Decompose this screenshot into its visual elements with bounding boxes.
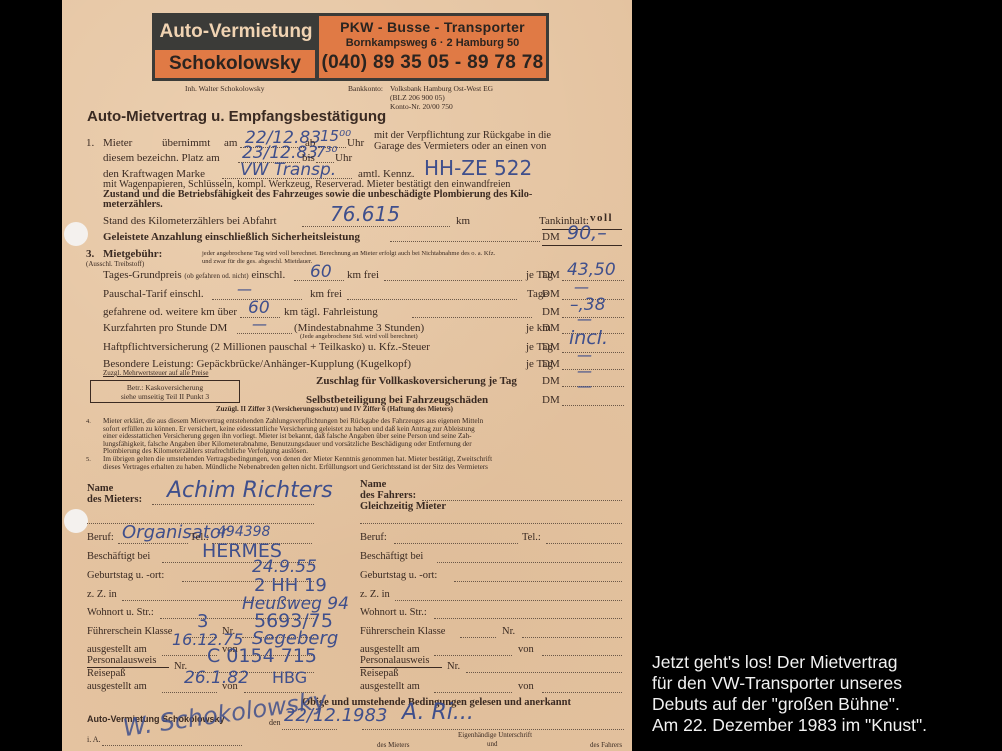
renter-signature: A. Ri... — [402, 700, 474, 725]
driver-license-nr-field[interactable] — [522, 637, 622, 638]
footer-date-field[interactable]: 22/12.1983 — [284, 705, 387, 726]
kasko-surcharge-label: Zuschlag für Vollkaskoversicherung je Ta… — [316, 375, 517, 387]
rate-short-field[interactable]: — — [252, 315, 267, 333]
renter-zz-label: z. Z. in — [87, 589, 117, 600]
rate-daily-km-field[interactable]: 60 — [310, 262, 332, 282]
renter-name-label2: des Mieters: — [87, 494, 142, 505]
signature-caption: Eigenhändige Unterschrift — [458, 731, 532, 739]
rate-flat-km-label: km frei — [310, 288, 342, 300]
driver-issued-by-field[interactable] — [542, 655, 622, 656]
return-obligation-line2: Garage des Vermieters oder an einen von — [374, 141, 546, 152]
signature-und-label: und — [487, 740, 498, 748]
rate-short-currency: DM — [542, 322, 560, 334]
renter-id-issued-by-label: von — [222, 681, 238, 692]
renter-birth-field[interactable]: 24.9.55 — [252, 557, 317, 577]
deductible-value-field[interactable]: — — [577, 377, 592, 395]
label-uhr-2: Uhr — [335, 152, 352, 164]
driver-address-field[interactable] — [434, 618, 622, 619]
driver-name-label1: Name — [360, 479, 386, 490]
rate-extra-km-label: gefahrene od. weitere km über — [103, 306, 237, 318]
bank-name: Volksbank Hamburg Ost-West EG — [390, 84, 493, 93]
rate-extra-km-currency: DM — [542, 306, 560, 318]
kasko-note-line2: siehe umseitig Teil II Punkt 3 — [91, 392, 239, 401]
deposit-currency: DM — [542, 231, 560, 243]
rate-flat-value-field[interactable]: — — [574, 278, 589, 296]
footer-ia: i. A. — [87, 735, 101, 744]
owner-line: Inh. Walter Schokolowsky — [185, 84, 264, 93]
renter-tel-field[interactable]: 494398 — [217, 524, 270, 540]
signature-mieter-label: des Mieters — [377, 741, 409, 749]
odometer-label: Stand des Kilometerzählers bei Abfahrt — [103, 215, 277, 227]
renter-birth-label: Geburtstag u. -ort: — [87, 570, 164, 581]
label-uhr: Uhr — [347, 137, 364, 149]
renter-id-issued-by-field[interactable]: HBG — [272, 668, 307, 687]
rate-daily-currency: DM — [542, 269, 560, 281]
company-services: PKW - Busse - Transporter — [319, 18, 546, 36]
letterhead-logo: Auto-Vermietung Schokolowsky PKW - Busse… — [152, 13, 549, 81]
renter-employer-label: Beschäftigt bei — [87, 551, 150, 562]
driver-id-label1: Personalausweis — [360, 655, 429, 666]
vehicle-make-field[interactable]: VW Transp. — [240, 160, 336, 180]
license-plate-field[interactable]: HH-ZE 522 — [424, 156, 532, 180]
driver-issued-by-label: von — [518, 644, 534, 655]
section1-text-line5: Zustand und die Betriebsfähigkeit des Fa… — [103, 189, 532, 200]
renter-id-nr-field[interactable]: C 0154 715 — [207, 645, 317, 667]
section3-subtitle: (Ausschl. Treibstoff) — [86, 260, 144, 268]
renter-name-field[interactable]: Achim Richters — [167, 478, 333, 503]
driver-tel-label: Tel.: — [522, 532, 541, 543]
return-obligation-line1: mit der Verpflichtung zur Rückgabe in di… — [374, 130, 551, 141]
bank-blz: (BLZ 206 900 05) — [390, 93, 445, 102]
deposit-field[interactable]: 90,– — [567, 222, 607, 244]
renter-id-label2: Reisepaß — [87, 668, 126, 679]
driver-address-label: Wohnort u. Str.: — [360, 607, 427, 618]
vat-note: Zuzgl. Mehrwertsteuer auf alle Preise — [103, 369, 209, 377]
document-title: Auto-Mietvertrag u. Empfangsbestätigung — [87, 108, 386, 125]
driver-issued-date-field[interactable] — [434, 655, 512, 656]
label-am: am — [224, 137, 237, 149]
driver-zz-field[interactable] — [395, 600, 622, 601]
punch-hole-bottom — [64, 509, 88, 533]
company-address: Bornkampsweg 6 · 2 Hamburg 50 — [319, 36, 546, 50]
company-name-line2: Schokolowsky — [155, 50, 315, 78]
driver-id-issued-date-field[interactable] — [434, 692, 512, 693]
kasko-note-line1: Betr.: Kaskoversicherung — [91, 383, 239, 392]
driver-id-nr-label: Nr. — [447, 661, 460, 672]
section1-number: 1. — [86, 137, 94, 149]
driver-id-issued-by-label: von — [518, 681, 534, 692]
rate-daily-km-label: km frei — [347, 269, 379, 281]
renter-id-issued-date-field[interactable]: 26.1.82 — [184, 668, 249, 688]
punch-hole-top — [64, 222, 88, 246]
company-name-line1: Auto-Vermietung — [158, 17, 314, 47]
renter-issued-label: ausgestellt am — [87, 644, 147, 655]
rate-short-value-field[interactable]: — — [577, 310, 592, 328]
driver-id-issued-label: ausgestellt am — [360, 681, 420, 692]
rate-flat-label: Pauschal-Tarif einschl. — [103, 288, 204, 300]
renter-name-label1: Name — [87, 483, 113, 494]
caption-line-1: Jetzt geht's los! Der Mietvertrag — [652, 652, 927, 673]
rate-extra-km-desc: km tägl. Fahrleistung — [284, 306, 378, 318]
company-info-box: PKW - Busse - Transporter Bornkampsweg 6… — [319, 16, 546, 78]
rate-short-label: Kurzfahrten pro Stunde DM — [103, 322, 227, 334]
signature-fahrer-label: des Fahrers — [590, 741, 622, 749]
driver-same-as-renter: Gleichzeitig Mieter — [360, 501, 446, 512]
driver-id-nr-field[interactable] — [466, 672, 622, 673]
rate-short-note: (Jede angebrochene Std. wird voll berech… — [300, 333, 418, 340]
label-mieter: Mieter — [103, 137, 132, 149]
renter-id-issued-label: ausgestellt am — [87, 681, 147, 692]
renter-id-label1: Personalausweis — [87, 655, 156, 666]
deposit-label: Geleistete Anzahlung einschließlich Sich… — [103, 231, 360, 243]
section3-title: Mietgebühr: — [103, 248, 162, 260]
section3-note1: jeder angebrochene Tag wird voll berechn… — [202, 250, 495, 257]
section5-number: 5. — [86, 456, 91, 463]
deductible-currency: DM — [542, 394, 560, 406]
company-phone: (040) 89 35 05 - 89 78 78 — [319, 50, 546, 76]
driver-birth-label: Geburtstag u. -ort: — [360, 570, 437, 581]
kasko-note-box: Betr.: Kaskoversicherung siehe umseitig … — [90, 380, 240, 403]
section5-text: Im übrigen gelten die umstehenden Vertra… — [103, 456, 492, 471]
renter-zz-field[interactable]: 2 HH 19 — [254, 575, 327, 596]
bank-label: Bankkonto: — [348, 84, 383, 93]
renter-job-label: Beruf: — [87, 532, 114, 543]
driver-job-label: Beruf: — [360, 532, 387, 543]
renter-address-label: Wohnort u. Str.: — [87, 607, 154, 618]
driver-id-label2: Reisepaß — [360, 668, 399, 679]
bank-account: Konto-Nr. 20/00 750 — [390, 102, 453, 111]
footer-date-label: den — [269, 718, 281, 727]
driver-name-field[interactable] — [422, 500, 622, 501]
odometer-unit: km — [456, 215, 470, 227]
odometer-field[interactable]: 76.615 — [330, 202, 400, 226]
rate-liability-currency: DM — [542, 341, 560, 353]
rate-liability-label: Haftpflichtversicherung (2 Millionen pau… — [103, 341, 430, 353]
rate-flat-km-field[interactable]: — — [237, 280, 252, 298]
rental-contract-document: Auto-Vermietung Schokolowsky PKW - Busse… — [62, 0, 632, 751]
caption-line-4: Am 22. Dezember 1983 im "Knust". — [652, 715, 927, 736]
label-platz-am: diesem bezeichn. Platz am — [103, 152, 220, 164]
section3-note2: und zwar für die ges. abgeschl. Mietdaue… — [202, 258, 312, 265]
driver-license-nr-label: Nr. — [502, 626, 515, 637]
driver-job-field[interactable] — [394, 543, 518, 544]
section3-number: 3. — [86, 248, 94, 260]
driver-employer-label: Beschäftigt bei — [360, 551, 423, 562]
driver-zz-label: z. Z. in — [360, 589, 390, 600]
photo-caption: Jetzt geht's los! Der Mietvertrag für de… — [652, 652, 927, 736]
driver-birth-field[interactable] — [454, 581, 622, 582]
driver-id-issued-by-field[interactable] — [542, 692, 622, 693]
caption-line-3: Debuts auf der "großen Bühne". — [652, 694, 927, 715]
section4-text: Mieter erklärt, die aus diesem Mietvertr… — [103, 418, 483, 456]
renter-license-label: Führerschein Klasse — [87, 626, 172, 637]
kasko-currency: DM — [542, 375, 560, 387]
rate-extras-currency: DM — [542, 358, 560, 370]
label-uebernimmt: übernimmt — [162, 137, 210, 149]
driver-employer-field[interactable] — [437, 562, 622, 563]
driver-issued-label: ausgestellt am — [360, 644, 420, 655]
ziffer-note: Zuzügl. II Ziffer 3 (Versicherungsschutz… — [216, 405, 453, 413]
driver-license-label: Führerschein Klasse — [360, 626, 445, 637]
section4-number: 4. — [86, 418, 91, 425]
driver-tel-field[interactable] — [546, 543, 622, 544]
section1-text-line6: meterzählers. — [103, 199, 163, 210]
rate-daily-value-field[interactable]: 43,50 — [567, 260, 616, 280]
rate-flat-currency: DM — [542, 288, 560, 300]
driver-license-class-field[interactable] — [460, 637, 496, 638]
rate-daily-label: Tages-Grundpreis (ob gefahren od. nicht)… — [103, 269, 285, 281]
renter-license-class-field[interactable]: 3 — [197, 611, 208, 632]
driver-name-label2: des Fahrers: — [360, 490, 416, 501]
caption-line-2: für den VW-Transporter unseres — [652, 673, 927, 694]
